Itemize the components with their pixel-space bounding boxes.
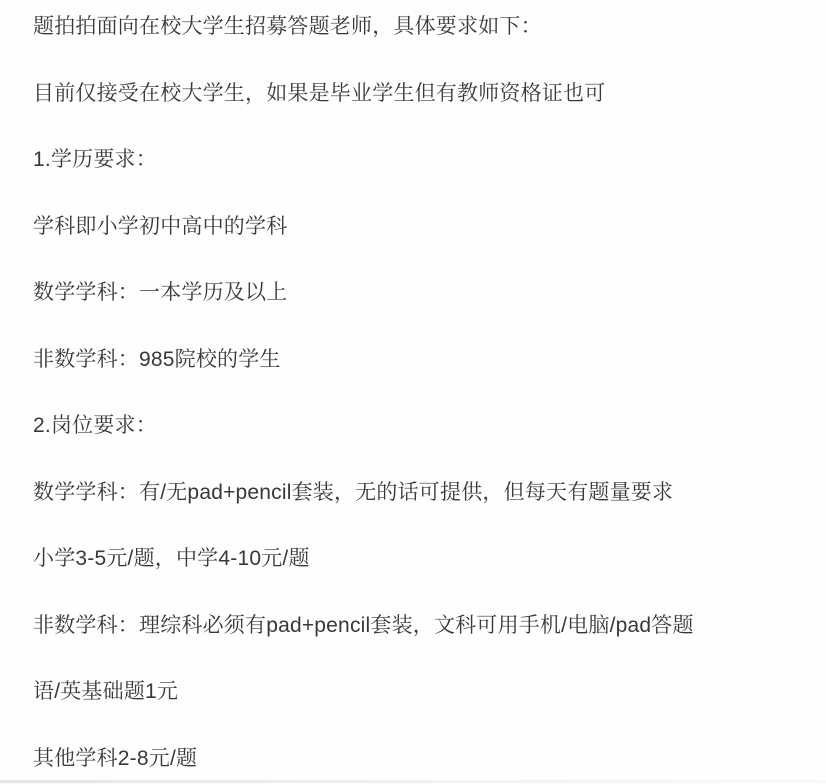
document-line: 目前仅接受在校大学生，如果是毕业学生但有教师资格证也可 bbox=[33, 80, 796, 107]
document-page: 题拍拍面向在校大学生招募答题老师，具体要求如下：目前仅接受在校大学生，如果是毕业… bbox=[0, 0, 826, 784]
document-line: 非数学科：理综科必须有pad+pencil套装，文科可用手机/电脑/pad答题 bbox=[33, 612, 796, 639]
document-line: 题拍拍面向在校大学生招募答题老师，具体要求如下： bbox=[33, 13, 796, 40]
document-line: 学科即小学初中高中的学科 bbox=[33, 213, 796, 240]
document-line: 语/英基础题1元 bbox=[33, 678, 796, 705]
document-body: 题拍拍面向在校大学生招募答题老师，具体要求如下：目前仅接受在校大学生，如果是毕业… bbox=[0, 0, 826, 772]
document-line: 数学学科：有/无pad+pencil套装，无的话可提供，但每天有题量要求 bbox=[33, 479, 796, 506]
document-line: 数学学科：一本学历及以上 bbox=[33, 279, 796, 306]
document-line: 其他学科2-8元/题 bbox=[33, 745, 796, 772]
document-line: 小学3-5元/题，中学4-10元/题 bbox=[33, 545, 796, 572]
document-line: 2.岗位要求： bbox=[33, 412, 796, 439]
document-line: 1.学历要求： bbox=[33, 146, 796, 173]
document-line: 非数学科：985院校的学生 bbox=[33, 346, 796, 373]
bottom-divider bbox=[0, 780, 826, 783]
